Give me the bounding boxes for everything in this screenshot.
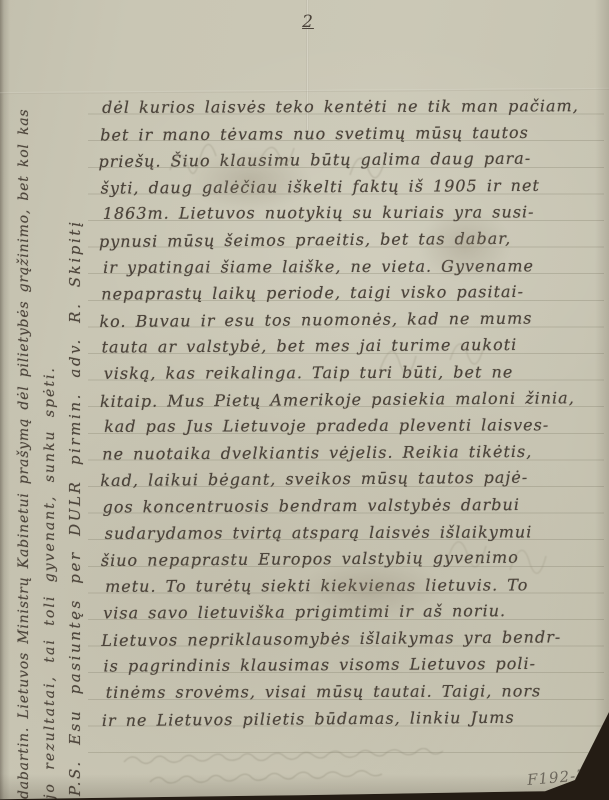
letter-line: ko. Buvau ir esu tos nuomonės, kad ne mu… [99,308,607,339]
letter-line: kitaip. Mus Pietų Amerikoje pasiekia mal… [100,388,608,419]
margin-note-line: P.S. Esu pasiuntęs per DULR pirmin. adv.… [66,220,84,796]
letter-line: is pagrindinis klausimas visoms Lietuvos… [103,654,609,684]
letter-line: tinėms srovėms, visai mūsų tautai. Taigi… [106,681,609,709]
letter-line: ne nuotaika dvelkiantis vėjelis. Reikia … [102,441,609,471]
letter-line: kad, laikui bėgant, sveikos mūsų tautos … [100,467,608,498]
page-number: 2 [288,12,328,32]
letter-line: viską, kas reikalinga. Taip turi būti, b… [104,362,609,390]
letter-line: visa savo lietuviška prigimtimi ir aš no… [103,601,609,631]
letter-body: dėl kurios laisvės teko kentėti ne tik m… [100,95,609,736]
letter-line: pynusi mūsų šeimos praeitis, bet tas dab… [99,228,607,259]
letter-line: priešų. Šiuo klausimu būtų galima daug p… [98,148,606,179]
letter-line: ir ypatingai šiame laiške, ne vieta. Gyv… [103,256,609,284]
letter-line: gos koncentruosis bendram valstybės darb… [102,494,609,524]
letter-line: šyti, daug galėčiau iškelti faktų iš 190… [101,175,609,205]
letter-line: kad pas Jus Lietuvoje pradeda pleventi l… [104,415,609,443]
letter-line: nepaprastų laikų periode, taigi visko pa… [101,282,609,312]
letter-line: ir ne Lietuvos pilietis būdamas, linkiu … [102,707,609,738]
letter-line: Lietuvos nepriklausomybės išlaikymas yra… [101,627,609,658]
catalog-code: F192-79 [526,765,598,789]
letter-line: 1863m. Lietuvos nuotykių su kuriais yra … [103,202,609,230]
letter-line: tauta ar valstybė, bet mes jai turime au… [102,335,609,365]
letter-line: dėl kurios laisvės teko kentėti ne tik m… [102,96,609,124]
letter-line: sudarydamos tvirtą atsparą laisvės išlai… [105,522,609,550]
paper-sheet: 2 dėl kurios laisvės teko kentėti ne tik… [0,0,609,800]
ink-showthrough [120,748,520,792]
horizontal-fold-crease [0,88,609,94]
letter-line: bet ir mano tėvams nuo svetimų mūsų taut… [100,122,608,152]
margin-note-line: dabartin. Lietuvos Ministrų Kabinetui pr… [16,109,32,799]
letter-line: šiuo nepaprastu Europos valstybių gyveni… [101,547,609,578]
margin-note-line: jo rezultatai, tai toli gyvenant, sunku … [42,366,58,799]
scan-backdrop: { "page": { "number": "2", "catalog_code… [0,0,609,800]
letter-line: metu. To turėtų siekti kiekvienas lietuv… [105,575,609,603]
